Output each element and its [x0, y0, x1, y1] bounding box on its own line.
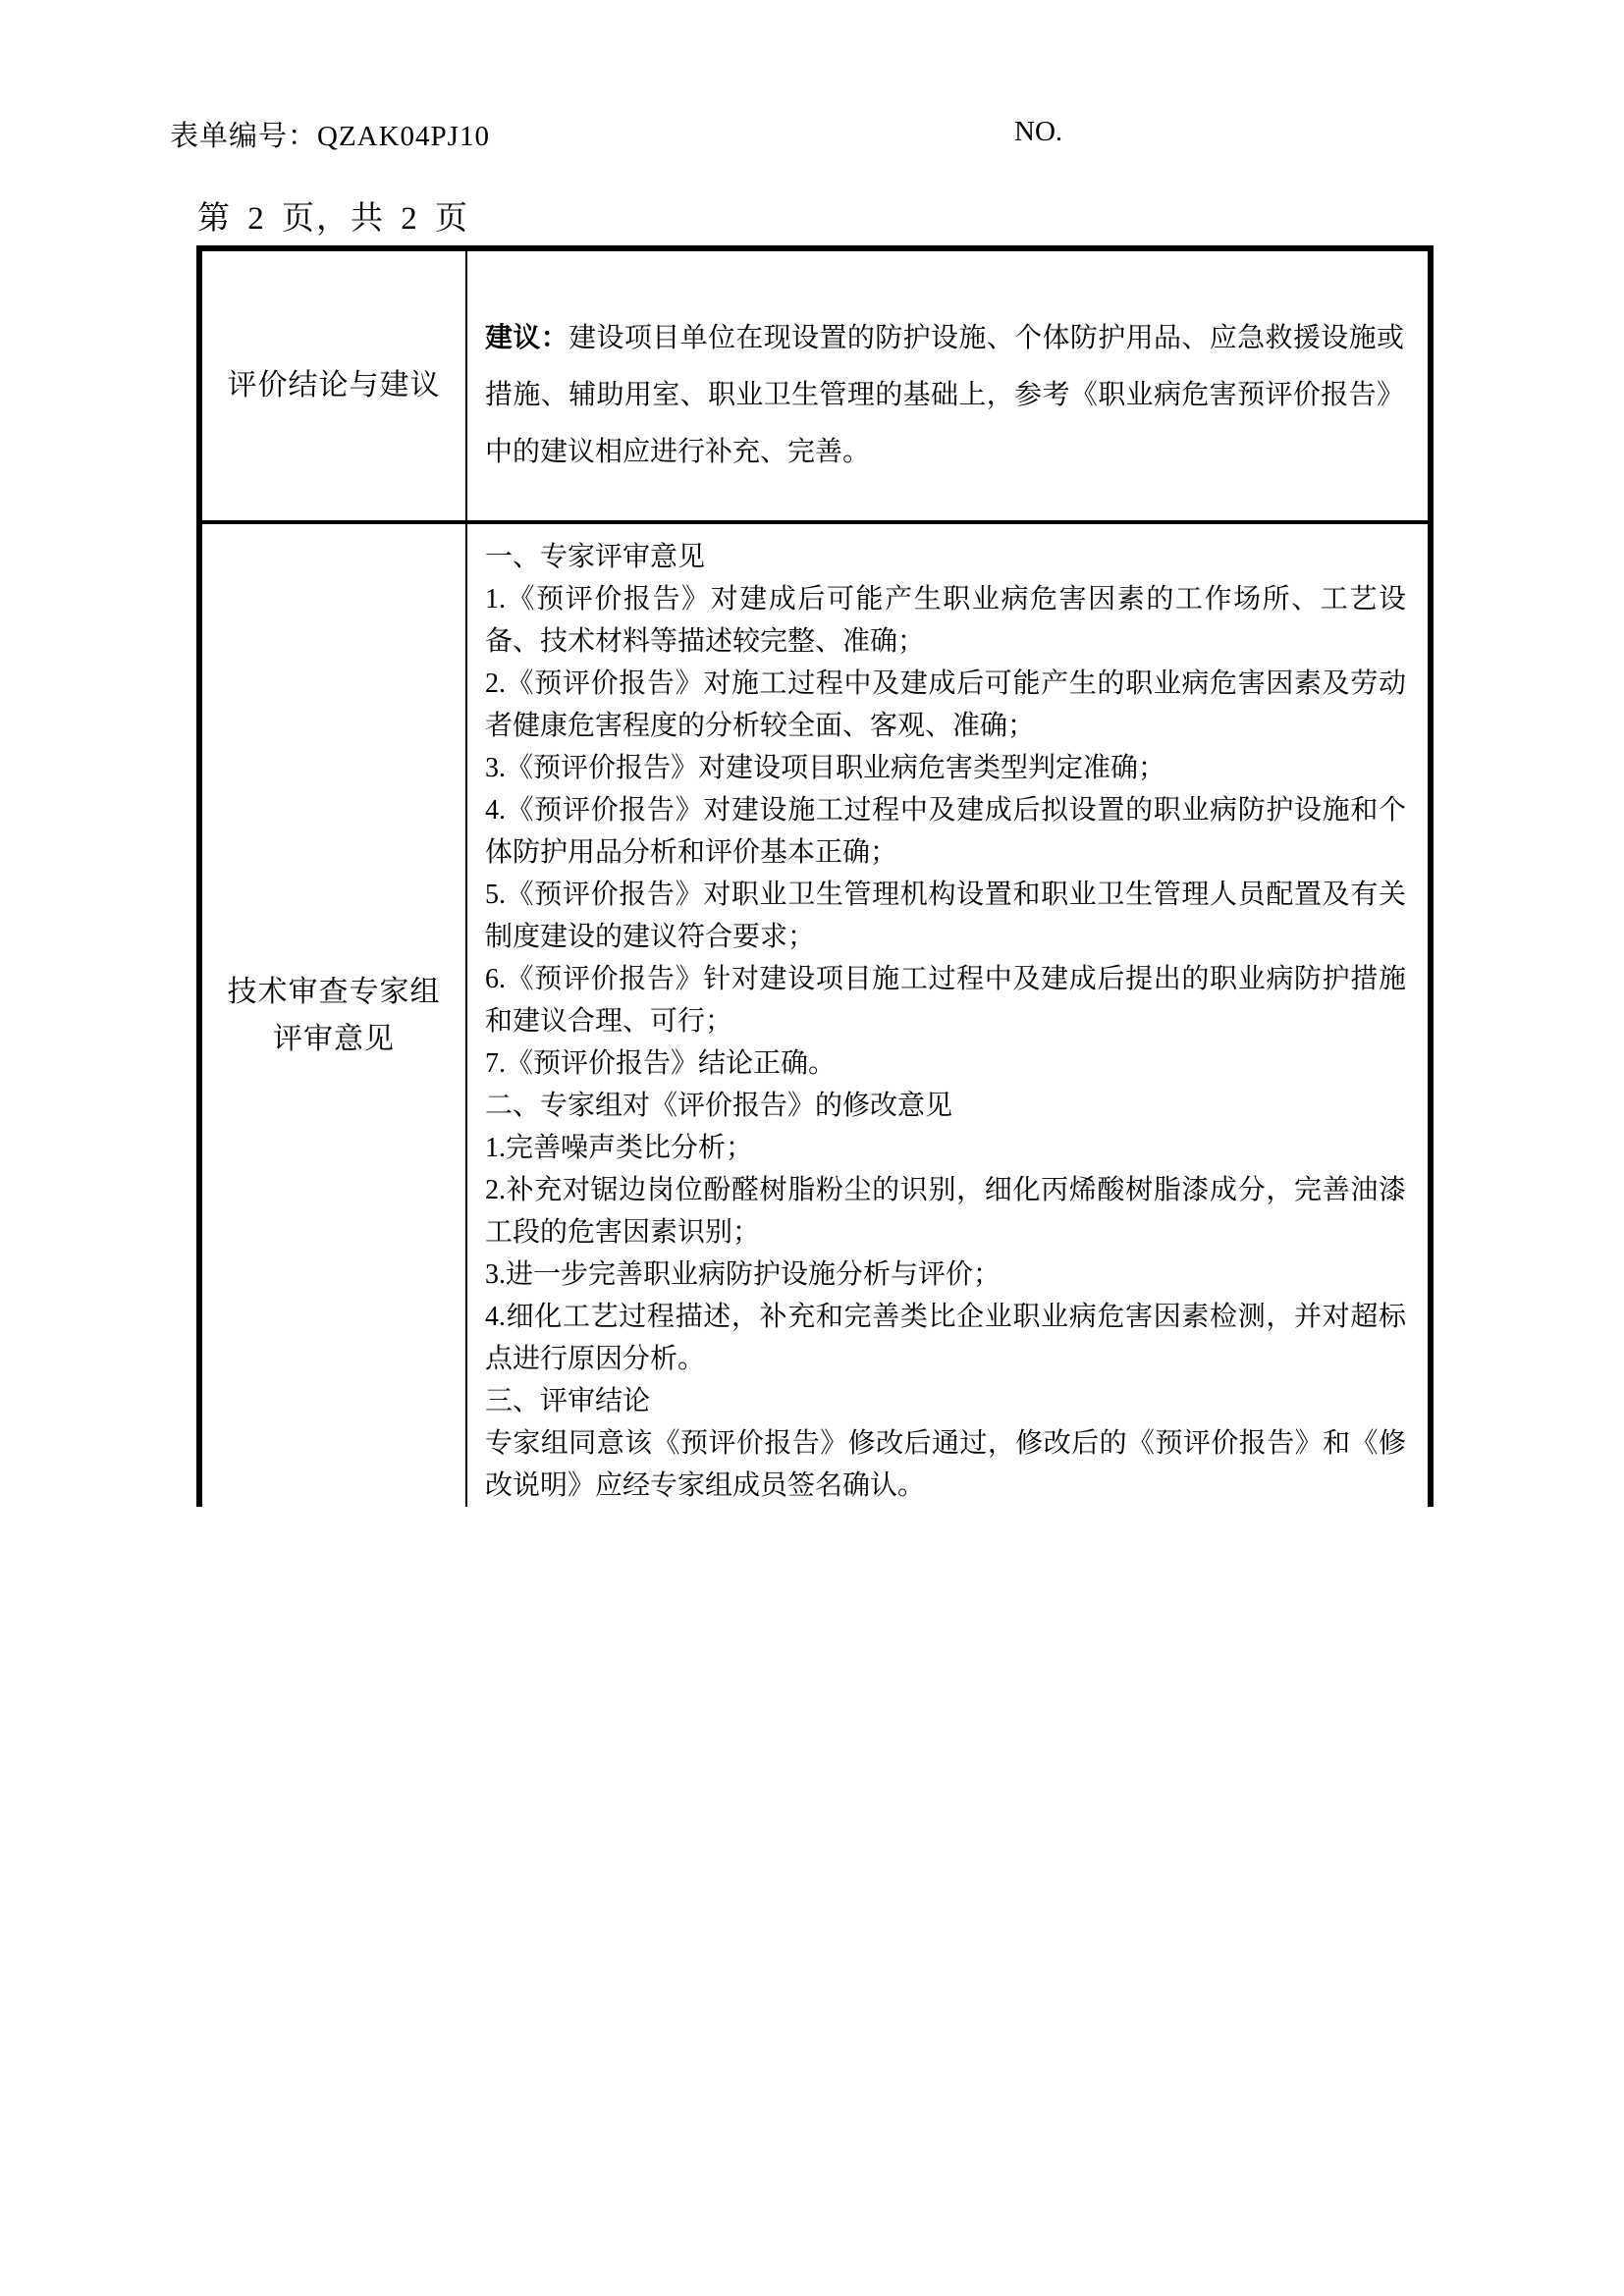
document-page: 表单编号：QZAK04PJ10 NO. 第 2 页，共 2 页 评价结论与建议 …: [0, 0, 1624, 2296]
review-item: 2.《预评价报告》对施工过程中及建成后可能产生的职业病危害因素及劳动者健康危害程…: [485, 663, 1406, 747]
review-section-1-heading: 一、专家评审意见: [485, 536, 1406, 578]
form-number-label: 表单编号：QZAK04PJ10: [170, 114, 490, 154]
review-item: 6.《预评价报告》针对建设项目施工过程中及建成后提出的职业病防护措施和建议合理、…: [485, 958, 1406, 1042]
row-label-evaluation-conclusion-text: 评价结论与建议: [228, 362, 441, 409]
review-item: 4.《预评价报告》对建设施工过程中及建成后拟设置的职业病防护设施和个体防护用品分…: [485, 789, 1406, 874]
evaluation-conclusion-content: 建议：建设项目单位在现设置的防护设施、个体防护用品、应急救援设施或措施、辅助用室…: [467, 251, 1428, 524]
review-item: 5.《预评价报告》对职业卫生管理机构设置和职业卫生管理人员配置及有关制度建设的建…: [485, 874, 1406, 958]
expert-review-content: 一、专家评审意见 1.《预评价报告》对建成后可能产生职业病危害因素的工作场所、工…: [467, 524, 1428, 1507]
row-label-evaluation-conclusion: 评价结论与建议: [202, 251, 467, 524]
review-table: 评价结论与建议 建议：建设项目单位在现设置的防护设施、个体防护用品、应急救援设施…: [196, 245, 1434, 1507]
row-label-expert-review-line2: 评审意见: [273, 1016, 395, 1063]
revision-item: 2.补充对锯边岗位酚醛树脂粉尘的识别，细化丙烯酸树脂漆成分，完善油漆工段的危害因…: [485, 1169, 1406, 1254]
row-label-expert-review-line1: 技术审查专家组: [228, 969, 441, 1016]
revision-item: 4.细化工艺过程描述，补充和完善类比企业职业病危害因素检测，并对超标点进行原因分…: [485, 1296, 1406, 1380]
suggestion-text: 建设项目单位在现设置的防护设施、个体防护用品、应急救援设施或措施、辅助用室、职业…: [485, 323, 1404, 467]
suggestion-bold-prefix: 建议：: [485, 323, 568, 353]
review-conclusion-text: 专家组同意该《预评价报告》修改后通过，修改后的《预评价报告》和《修改说明》应经专…: [485, 1422, 1406, 1507]
review-item: 3.《预评价报告》对建设项目职业病危害类型判定准确；: [485, 747, 1406, 789]
review-item: 1.《预评价报告》对建成后可能产生职业病危害因素的工作场所、工艺设备、技术材料等…: [485, 578, 1406, 663]
row-label-expert-review: 技术审查专家组 评审意见: [202, 524, 467, 1507]
revision-item: 1.完善噪声类比分析；: [485, 1127, 1406, 1169]
no-label: NO.: [1014, 116, 1062, 148]
revision-item: 3.进一步完善职业病防护设施分析与评价；: [485, 1254, 1406, 1296]
review-section-3-heading: 三、评审结论: [485, 1380, 1406, 1422]
review-item: 7.《预评价报告》结论正确。: [485, 1042, 1406, 1085]
page-info: 第 2 页，共 2 页: [197, 192, 469, 239]
review-section-2-heading: 二、专家组对《评价报告》的修改意见: [485, 1085, 1406, 1127]
